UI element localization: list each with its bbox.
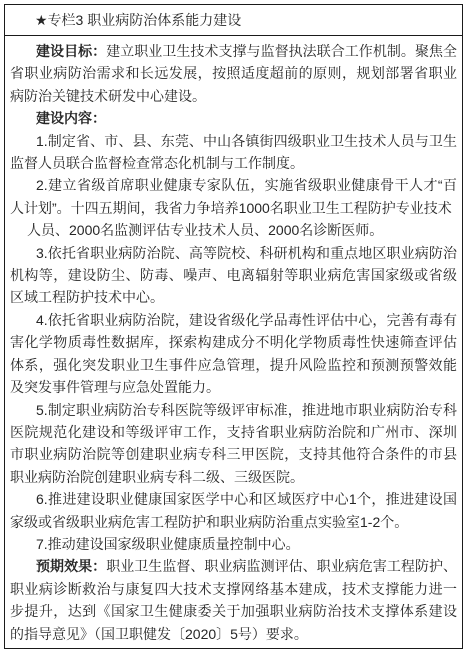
paragraph: 预期效果：职业卫生监督、职业病监测评估、职业病危害工程防护、职业病诊断救治与康复… (10, 555, 457, 645)
paragraph-text: 4.依托省职业病防治院，建设省级化学品毒性评估中心，完善有毒有害化学物质毒性数据… (10, 312, 457, 395)
paragraph-text: 2.建立省级首席职业健康专家队伍，实施省级职业健康骨干人才“百人计划”。十四五期… (10, 177, 457, 215)
paragraph: 建设目标：建立职业卫生技术支撑与监督执法联合工作机制。聚焦全省职业病防治需求和长… (10, 40, 457, 107)
paragraph-text: 3.依托省职业病防治院、高等院校、科研机构和重点地区职业病防治机构等，建设防尘、… (10, 245, 457, 306)
paragraph: 6.推进建设职业健康国家医学中心和区域医疗中心1个，推进建设国家级或省级职业病危… (10, 488, 457, 533)
paragraph: 人员、2000名监测评估专业技术人员、2000名诊断医师。 (10, 219, 457, 241)
column-panel: ★专栏3 职业病防治体系能力建设 建设目标：建立职业卫生技术支撑与监督执法联合工… (4, 4, 463, 649)
paragraph: 2.建立省级首席职业健康专家队伍，实施省级职业健康骨干人才“百人计划”。十四五期… (10, 174, 457, 219)
paragraph-label: 建设内容： (36, 110, 106, 126)
paragraph: 4.依托省职业病防治院，建设省级化学品毒性评估中心，完善有毒有害化学物质毒性数据… (10, 309, 457, 399)
paragraph-text: 6.推进建设职业健康国家医学中心和区域医疗中心1个，推进建设国家级或省级职业病危… (10, 491, 457, 529)
paragraph: 建设内容： (10, 107, 457, 129)
paragraph: 7.推动建设国家级职业健康质量控制中心。 (10, 533, 457, 555)
paragraph-text: 人员、2000名监测评估专业技术人员、2000名诊断医师。 (27, 222, 383, 238)
paragraph-label: 建设目标： (36, 43, 106, 59)
panel-body: 建设目标：建立职业卫生技术支撑与监督执法联合工作机制。聚焦全省职业病防治需求和长… (5, 36, 462, 645)
paragraph-text: 1.制定省、市、县、东莞、中山各镇街四级职业卫生技术人员与卫生监督人员联合监督检… (10, 133, 457, 171)
paragraph: 1.制定省、市、县、东莞、中山各镇街四级职业卫生技术人员与卫生监督人员联合监督检… (10, 130, 457, 175)
panel-title: ★专栏3 职业病防治体系能力建设 (5, 5, 462, 36)
paragraph: 3.依托省职业病防治院、高等院校、科研机构和重点地区职业病防治机构等，建设防尘、… (10, 242, 457, 309)
paragraph: 5.制定职业病防治专科医院等级评审标准，推进地市职业病防治专科医院规范化建设和等… (10, 399, 457, 489)
paragraph-label: 预期效果： (36, 558, 106, 574)
paragraph-text: 5.制定职业病防治专科医院等级评审标准，推进地市职业病防治专科医院规范化建设和等… (10, 402, 457, 485)
paragraph-text: 7.推动建设国家级职业健康质量控制中心。 (36, 536, 300, 552)
